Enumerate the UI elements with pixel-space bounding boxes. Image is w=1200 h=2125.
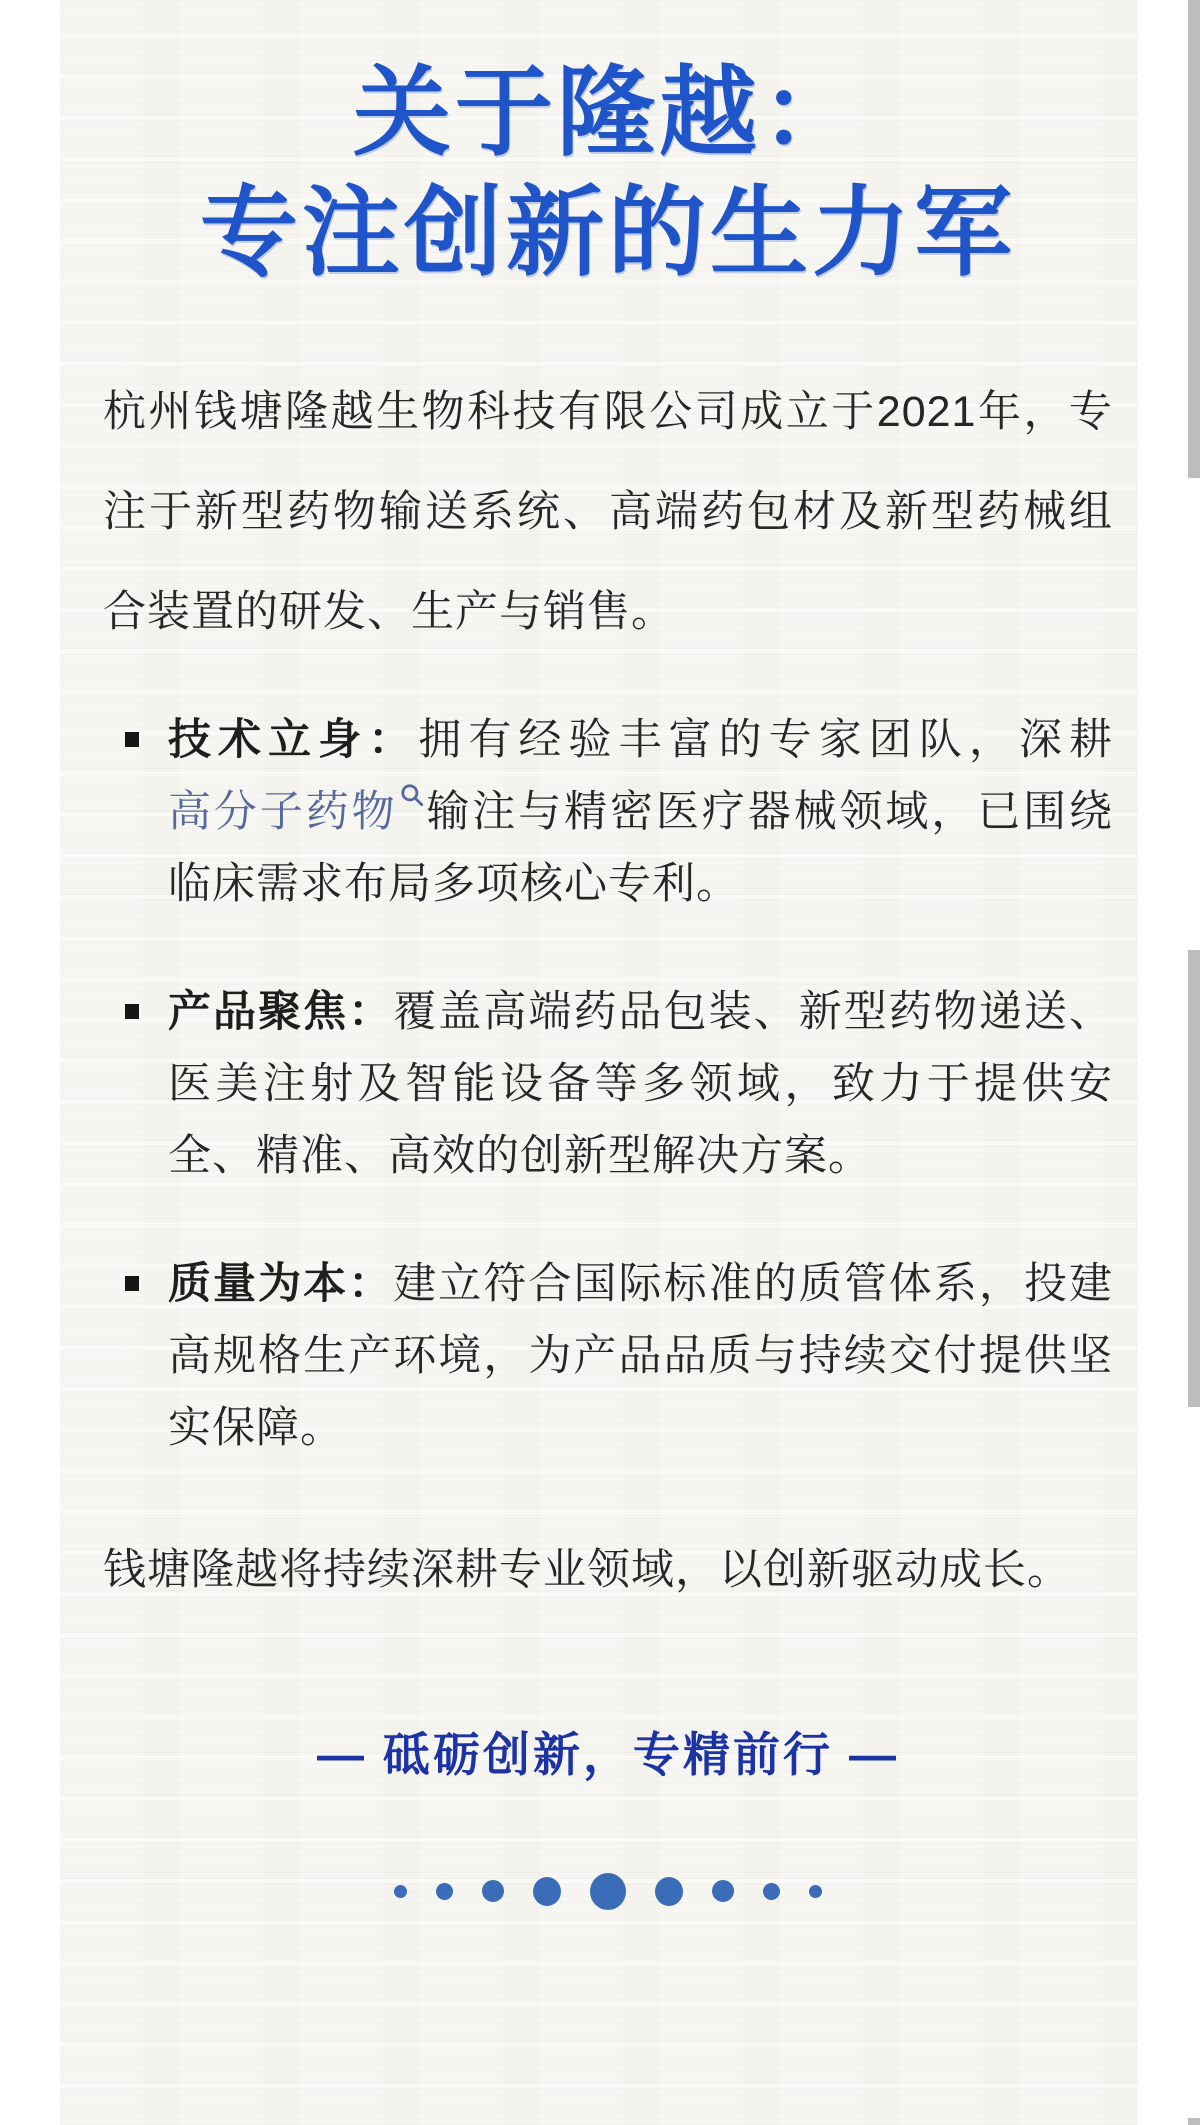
page-title: 关于隆越： 专注创新的生力军 [103, 52, 1113, 292]
carousel-dot [394, 1885, 407, 1898]
bullet-list: 技术立身：拥有经验丰富的专家团队，深耕高分子药物 输注与精密医疗器械领域，已围绕… [103, 704, 1113, 1464]
carousel-dot [712, 1880, 734, 1902]
intro-paragraph: 杭州钱塘隆越生物科技有限公司成立于2021年，专注于新型药物输送系统、高端药包材… [103, 362, 1113, 662]
carousel-dot [655, 1877, 683, 1906]
scrollbar-thumb-bottom[interactable] [1188, 2118, 1200, 2125]
bullet-label: 质量为本： [168, 1260, 393, 1308]
paper-card: 关于隆越： 专注创新的生力军 杭州钱塘隆越生物科技有限公司成立于2021年，专注… [60, 0, 1138, 2125]
bullet-text: 拥有经验丰富的专家团队，深耕 [418, 716, 1113, 764]
square-bullet-icon [125, 732, 139, 747]
square-bullet-icon [125, 1004, 139, 1019]
page: 关于隆越： 专注创新的生力军 杭州钱塘隆越生物科技有限公司成立于2021年，专注… [0, 0, 1200, 2125]
polymer-drug-search-link[interactable]: 高分子药物 [168, 788, 425, 836]
slogan: — 砥砺创新，专精前行 — [103, 1725, 1113, 1785]
carousel-dot [809, 1885, 822, 1898]
bullet-item-quality: 质量为本：建立符合国际标准的质管体系，投建高规格生产环境，为产品品质与持续交付提… [103, 1248, 1113, 1464]
carousel-dot [533, 1877, 561, 1906]
title-line-2: 专注创新的生力军 [103, 172, 1113, 292]
closing-paragraph: 钱塘隆越将持续深耕专业领域，以创新驱动成长。 [103, 1520, 1113, 1620]
bullet-item-products: 产品聚焦：覆盖高端药品包装、新型药物递送、医美注射及智能设备等多领域，致力于提供… [103, 976, 1113, 1192]
scrollbar-thumb-middle[interactable] [1188, 950, 1200, 1407]
bullet-item-technology: 技术立身：拥有经验丰富的专家团队，深耕高分子药物 输注与精密医疗器械领域，已围绕… [103, 704, 1113, 920]
bullet-label: 技术立身： [168, 716, 418, 764]
carousel-dot [763, 1883, 780, 1900]
carousel-dot-active [590, 1873, 626, 1910]
carousel-dot [482, 1880, 504, 1902]
scrollbar-thumb-top[interactable] [1188, 0, 1200, 478]
bullet-label: 产品聚焦： [168, 988, 393, 1036]
search-icon [399, 782, 425, 808]
title-line-1: 关于隆越： [103, 52, 1113, 172]
carousel-dot [436, 1883, 453, 1900]
search-link-text[interactable]: 高分子药物 [168, 788, 398, 836]
carousel-indicator [103, 1871, 1113, 1911]
square-bullet-icon [125, 1276, 139, 1291]
